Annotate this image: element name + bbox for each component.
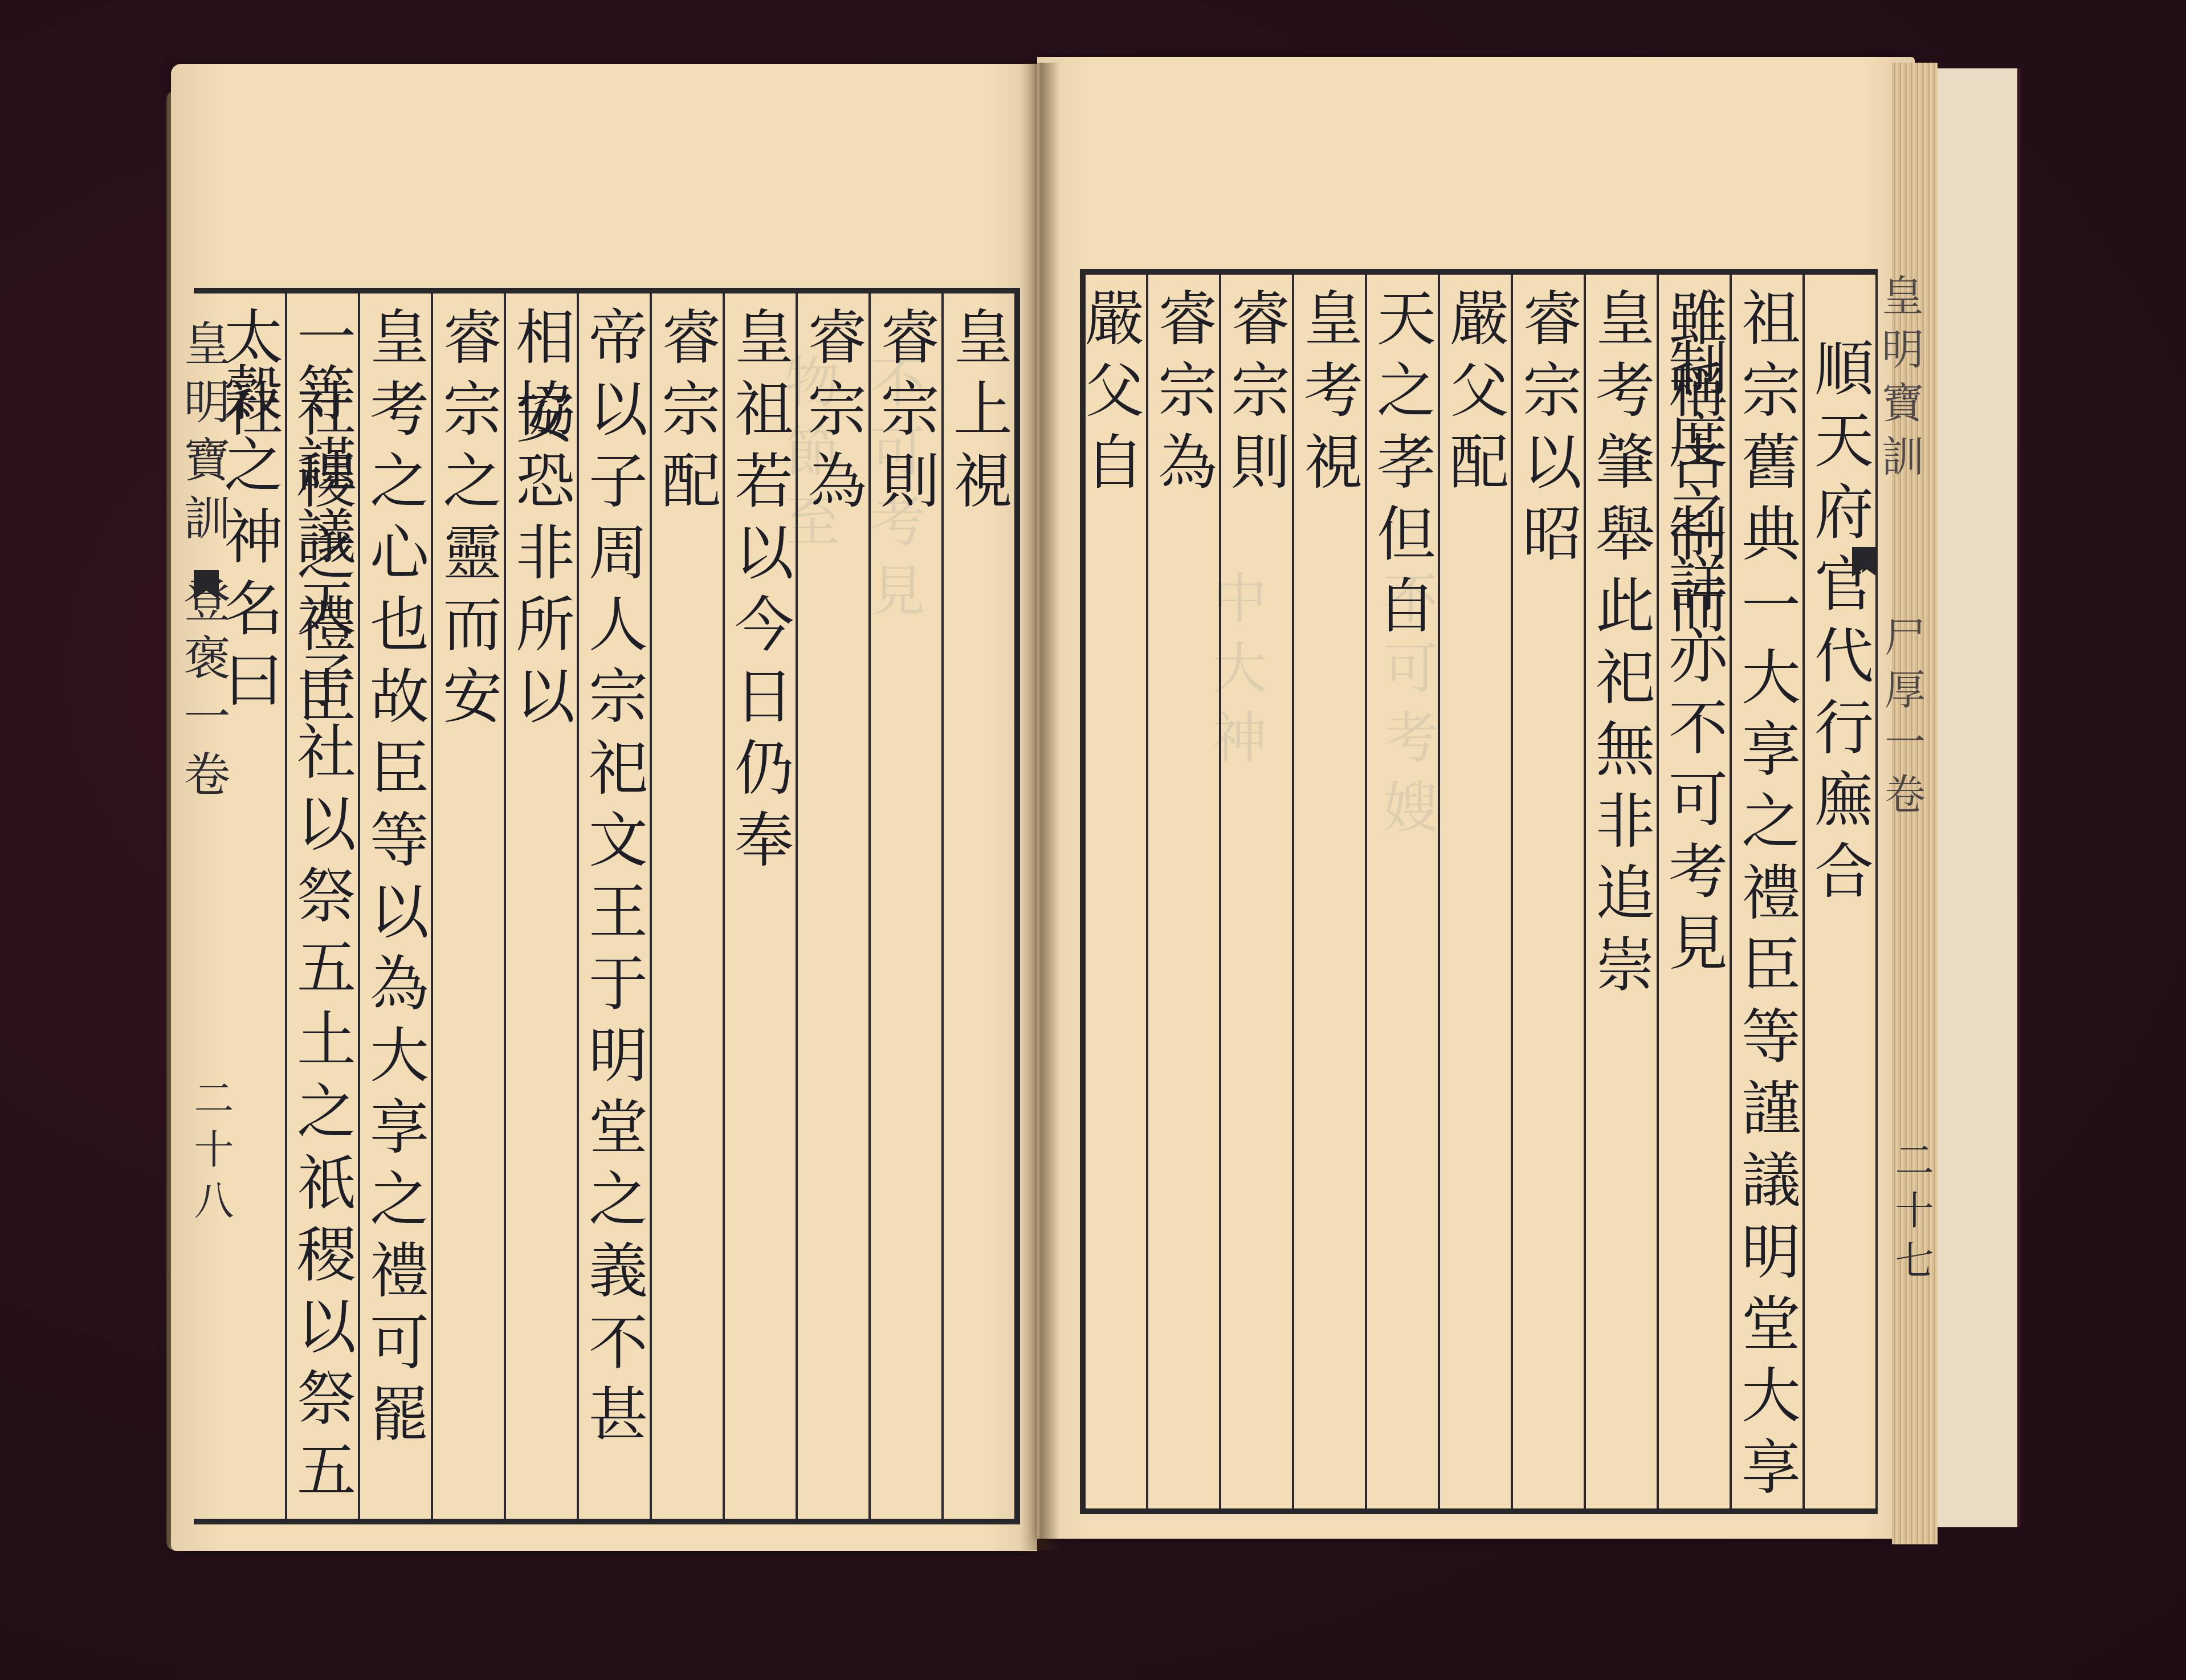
text-column: 皇祖若以今日仍奉 xyxy=(723,293,796,1519)
right-text-frame: 順天府官代行廡合 祖宗舊典一大享之禮臣等謹議明堂大享雖稱古制而 制度之詳亦不可考… xyxy=(1080,269,1878,1514)
text-column: 嚴父自 xyxy=(1073,275,1146,1508)
right-margin-title: 皇明寶訓 xyxy=(1869,274,1930,488)
text-column: 睿宗則 xyxy=(1219,275,1292,1508)
text-column: 睿宗為 xyxy=(1146,275,1219,1508)
text-column: 皇考之心也故臣等以為大享之禮可罷一社稷之禮臣 xyxy=(358,293,431,1519)
text-column: 太社 xyxy=(212,293,285,1519)
text-column: 睿宗則 xyxy=(868,293,941,1519)
text-column: 天之孝但自 xyxy=(1365,275,1438,1508)
flyleaf xyxy=(1938,68,2021,1527)
text-column: 睿宗配 xyxy=(650,293,723,1519)
text-column: 皇考視 xyxy=(1292,275,1365,1508)
text-column: 安 xyxy=(504,293,577,1519)
right-margin-chapter: 尸厚一卷 xyxy=(1872,615,1931,825)
text-column: 祖宗舊典一大享之禮臣等謹議明堂大享雖稱古制而 xyxy=(1730,275,1802,1508)
text-column: 嚴父配 xyxy=(1438,275,1511,1508)
text-column: 睿宗以昭 xyxy=(1511,275,1584,1508)
left-text-frame: 皇上視 睿宗則 睿宗為 皇祖若以今日仍奉 睿宗配 帝以子周人宗祀文王于明堂之義不… xyxy=(194,288,1020,1524)
text-column: 睿宗為 xyxy=(796,293,868,1519)
text-column: 皇考肇舉此祀無非追崇 xyxy=(1584,275,1657,1508)
book-gutter xyxy=(1020,63,1060,1550)
text-column: 皇上視 xyxy=(941,293,1014,1519)
text-column: 制度之詳亦不可考見 xyxy=(1657,275,1730,1508)
right-page-number: 二十七 xyxy=(1883,1140,1939,1290)
text-column: 帝以子周人宗祀文王于明堂之義不甚相協恐非所以 xyxy=(577,293,650,1519)
text-column: 等謹議天子社以祭五土之祇稷以祭五穀之神名曰 xyxy=(285,293,358,1519)
text-column: 順天府官代行廡合 xyxy=(1802,275,1875,1508)
text-column: 睿宗之靈而安 xyxy=(431,293,504,1519)
